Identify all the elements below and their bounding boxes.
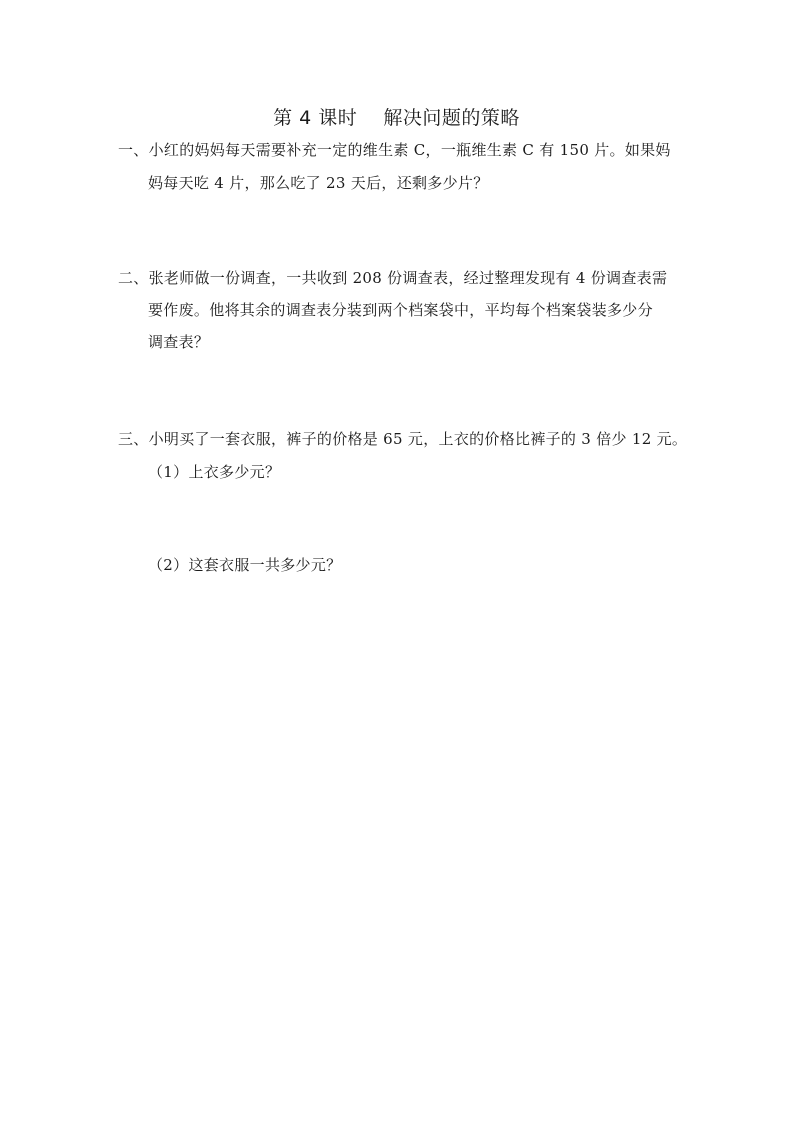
page-title: 第 4 课时 解决问题的策略: [0, 103, 793, 130]
question-1-line-2: 妈每天吃 4 片，那么吃了 23 天后，还剩多少片？: [148, 172, 489, 193]
question-2-line-2: 要作废。他将其余的调查表分装到两个档案袋中，平均每个档案袋装多少分: [148, 299, 653, 320]
question-2-line-1: 二、张老师做一份调查，一共收到 208 份调查表，经过整理发现有 4 份调查表需: [118, 267, 667, 288]
question-1-line-1: 一、小红的妈妈每天需要补充一定的维生素 C，一瓶维生素 C 有 150 片。如果…: [118, 139, 671, 160]
question-3-sub-2: （2）这套衣服一共多少元？: [148, 554, 341, 575]
question-3-line-1: 三、小明买了一套衣服，裤子的价格是 65 元，上衣的价格比裤子的 3 倍少 12…: [118, 428, 687, 449]
question-3-sub-1: （1）上衣多少元？: [148, 461, 280, 482]
question-2-line-3: 调查表？: [148, 331, 209, 352]
